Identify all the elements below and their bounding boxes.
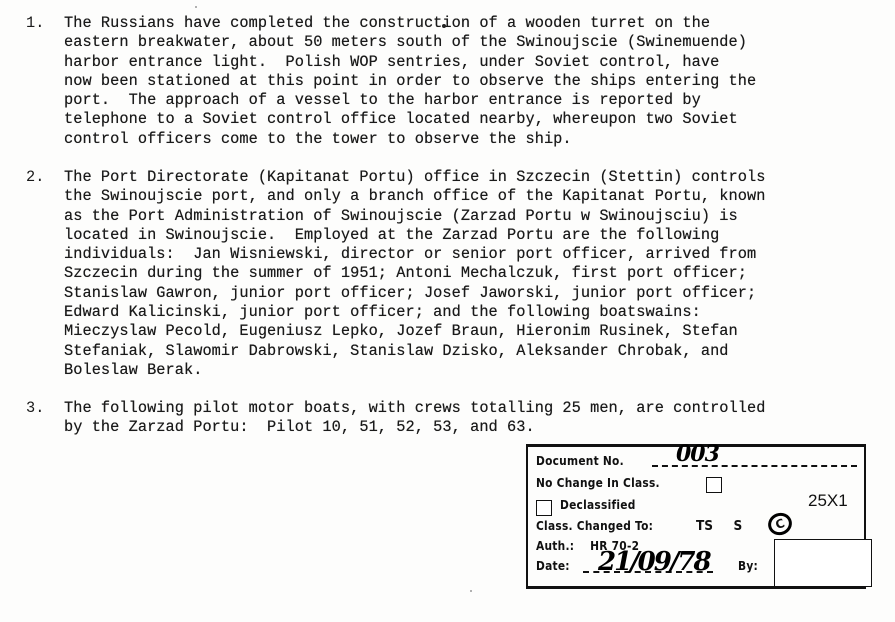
scan-speck (195, 6, 197, 8)
text-line: as the Port Administration of Swinoujsci… (64, 207, 765, 226)
by-label: By: (738, 558, 758, 573)
text-line: Boleslaw Berak. (64, 361, 765, 380)
paragraph-number: 3. (26, 399, 45, 418)
text-line: harbor entrance light. Polish WOP sentri… (64, 53, 756, 72)
redaction-code: 25X1 (808, 491, 848, 511)
scan-speck (470, 590, 472, 592)
document-number-value: 003 (676, 441, 719, 467)
date-value: 21/09/78 (598, 547, 710, 577)
paragraph-number: 1. (26, 14, 45, 33)
paragraph-text: The Russians have completed the construc… (64, 14, 756, 149)
text-line: The Russians have completed the construc… (64, 14, 756, 33)
paragraph-text: The following pilot motor boats, with cr… (64, 399, 765, 438)
class-option-s: S (733, 518, 742, 534)
class-option-ts: TS (696, 518, 713, 534)
text-line: Stefaniak, Slawomir Dabrowski, Stanislaw… (64, 342, 765, 361)
no-change-checkbox[interactable] (706, 477, 722, 493)
text-line: now been stationed at this point in orde… (64, 72, 756, 91)
declassified-checkbox[interactable] (536, 500, 552, 516)
text-line: Mieczyslaw Pecold, Eugeniusz Lepko, Joze… (64, 322, 765, 341)
redaction-box (774, 539, 872, 587)
paragraph-number: 2. (26, 168, 45, 187)
declassified-label: Declassified (560, 497, 636, 512)
no-change-label: No Change In Class. (536, 475, 660, 490)
text-line: control officers come to the tower to ob… (64, 130, 756, 149)
text-line: The following pilot motor boats, with cr… (64, 399, 765, 418)
text-line: located in Swinoujscie. Employed at the … (64, 226, 765, 245)
document-number-label: Document No. (536, 453, 624, 468)
paragraph-text: The Port Directorate (Kapitanat Portu) o… (64, 168, 765, 380)
class-option-c-circled: C (765, 510, 795, 539)
class-options: TS S (696, 518, 758, 534)
text-line: eastern breakwater, about 50 meters sout… (64, 33, 756, 52)
text-line: The Port Directorate (Kapitanat Portu) o… (64, 168, 765, 187)
authority-label: Auth.: (536, 538, 574, 553)
text-line: Edward Kalicinski, junior port officer; … (64, 303, 765, 322)
text-line: port. The approach of a vessel to the ha… (64, 91, 756, 110)
scan-speck (442, 24, 446, 28)
class-changed-label: Class. Changed To: (536, 518, 653, 533)
text-line: individuals: Jan Wisniewski, director or… (64, 245, 765, 264)
text-line: Stanislaw Gawron, junior port officer; J… (64, 284, 765, 303)
date-label: Date: (536, 558, 570, 573)
text-line: by the Zarzad Portu: Pilot 10, 51, 52, 5… (64, 418, 765, 437)
text-line: telephone to a Soviet control office loc… (64, 110, 756, 129)
text-line: the Swinoujscie port, and only a branch … (64, 187, 765, 206)
document-page: 1. The Russians have completed the const… (0, 0, 895, 622)
text-line: Szczecin during the summer of 1951; Anto… (64, 264, 765, 283)
